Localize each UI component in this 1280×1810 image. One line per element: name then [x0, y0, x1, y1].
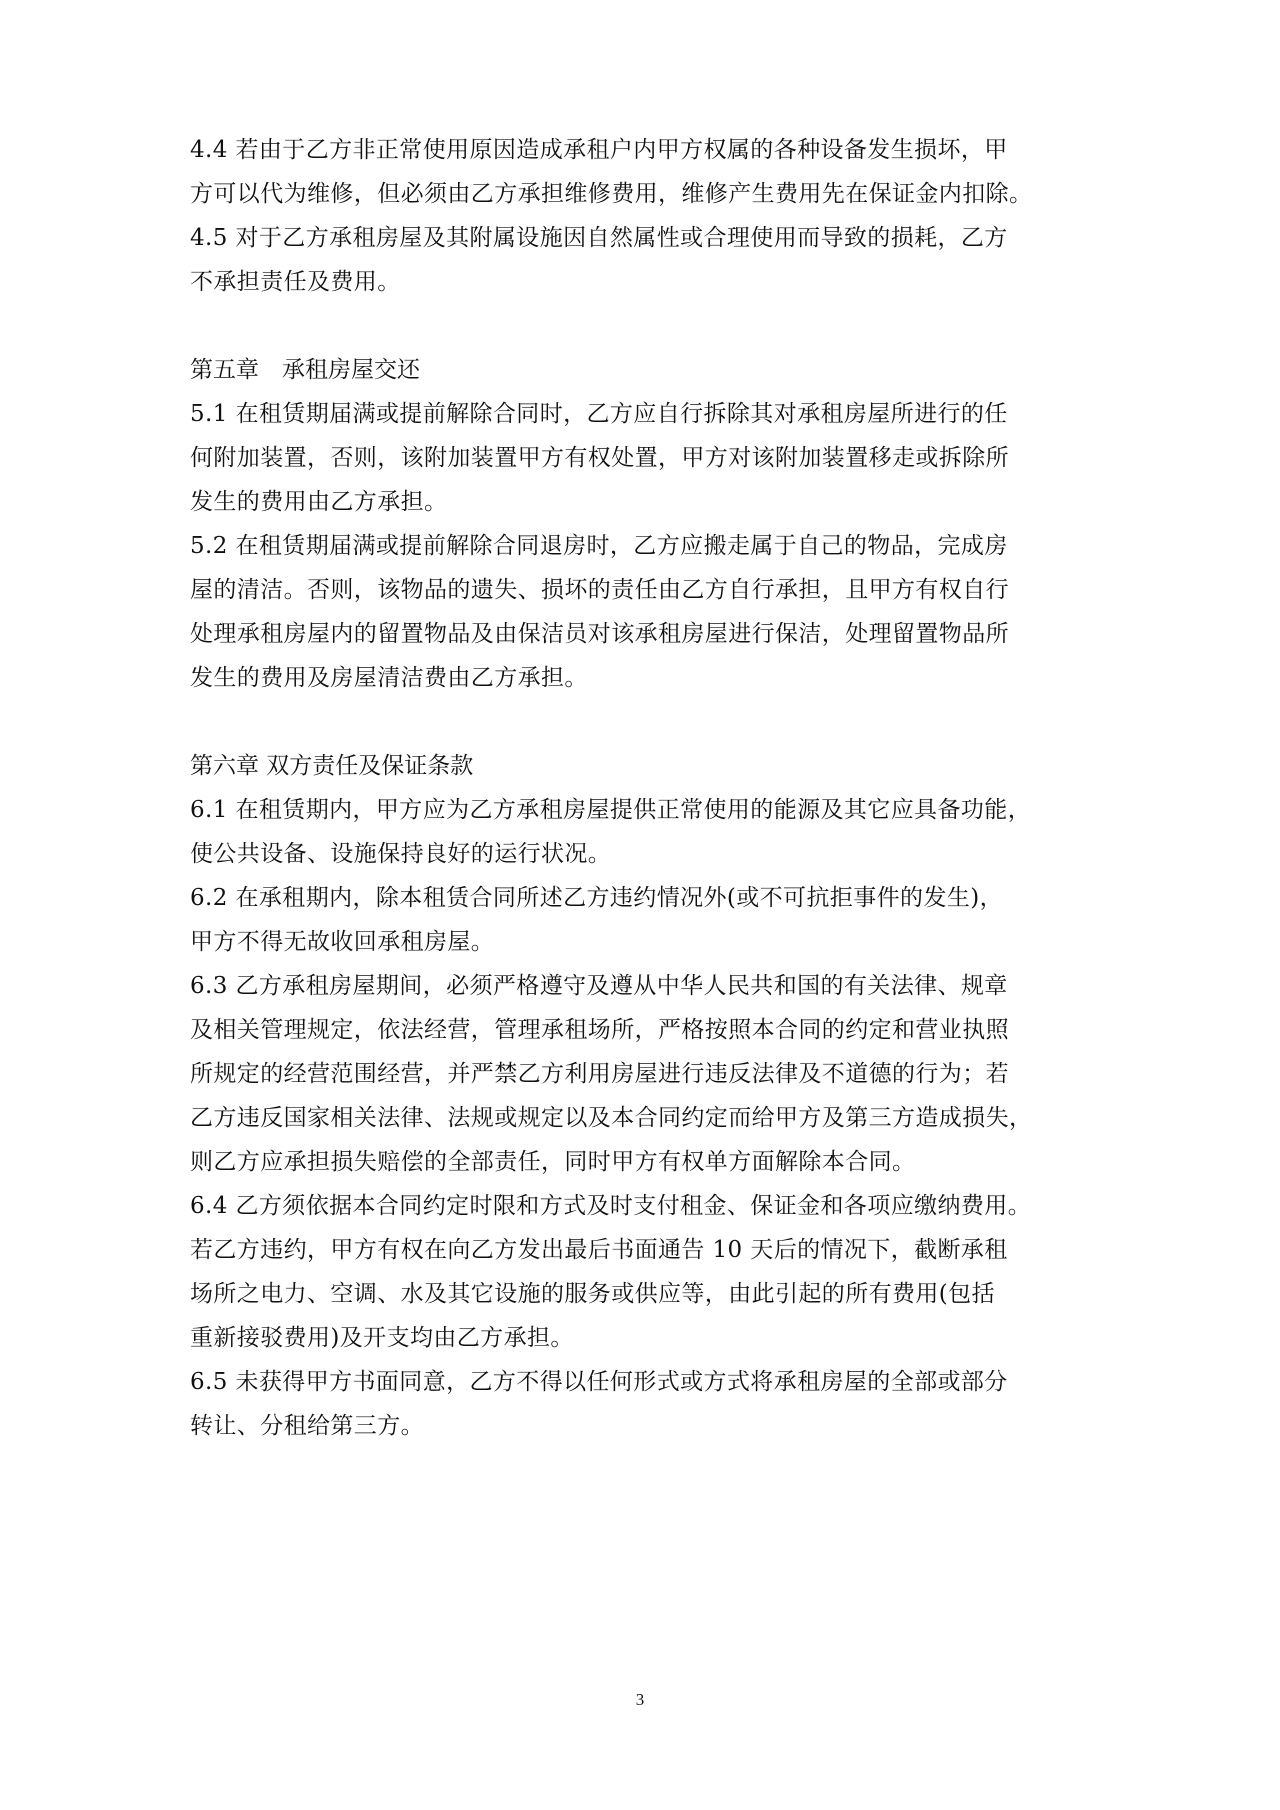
clause-line: 发生的费用由乙方承担。: [190, 480, 1092, 524]
clause-line: 乙方违反国家相关法律、法规或规定以及本合同约定而给甲方及第三方造成损失，: [190, 1096, 1092, 1140]
clause-6-1: 6.1 在租赁期内，甲方应为乙方承租房屋提供正常使用的能源及其它应具备功能， 使…: [190, 788, 1092, 876]
document-page: 4.4 若由于乙方非正常使用原因造成承租户内甲方权属的各种设备发生损坏，甲 方可…: [190, 128, 1092, 1448]
clause-line: 6.3 乙方承租房屋期间，必须严格遵守及遵从中华人民共和国的有关法律、规章: [190, 964, 1092, 1008]
clause-line: 方可以代为维修，但必须由乙方承担维修费用，维修产生费用先在保证金内扣除。: [190, 172, 1092, 216]
chapter-6-heading: 第六章 双方责任及保证条款: [190, 744, 1092, 788]
clause-line: 6.5 未获得甲方书面同意，乙方不得以任何形式或方式将承租房屋的全部或部分: [190, 1360, 1092, 1404]
clause-line: 使公共设备、设施保持良好的运行状况。: [190, 832, 1092, 876]
section-gap: [190, 304, 1092, 348]
clause-5-2: 5.2 在租赁期届满或提前解除合同退房时，乙方应搬走属于自己的物品，完成房 屋的…: [190, 524, 1092, 700]
clause-6-2: 6.2 在承租期内，除本租赁合同所述乙方违约情况外(或不可抗拒事件的发生)， 甲…: [190, 876, 1092, 964]
clause-line: 转让、分租给第三方。: [190, 1404, 1092, 1448]
clause-line: 处理承租房屋内的留置物品及由保洁员对该承租房屋进行保洁，处理留置物品所: [190, 612, 1092, 656]
section-gap: [190, 700, 1092, 744]
clause-line: 若乙方违约，甲方有权在向乙方发出最后书面通告 10 天后的情况下，截断承租: [190, 1228, 1092, 1272]
clause-line: 屋的清洁。否则，该物品的遗失、损坏的责任由乙方自行承担，且甲方有权自行: [190, 568, 1092, 612]
clause-4-4: 4.4 若由于乙方非正常使用原因造成承租户内甲方权属的各种设备发生损坏，甲 方可…: [190, 128, 1092, 216]
clause-line: 4.5 对于乙方承租房屋及其附属设施因自然属性或合理使用而导致的损耗，乙方: [190, 216, 1092, 260]
chapter-5-heading: 第五章 承租房屋交还: [190, 348, 1092, 392]
clause-line: 发生的费用及房屋清洁费由乙方承担。: [190, 656, 1092, 700]
clause-6-4: 6.4 乙方须依据本合同约定时限和方式及时支付租金、保证金和各项应缴纳费用。 若…: [190, 1184, 1092, 1360]
clause-line: 何附加装置，否则，该附加装置甲方有权处置，甲方对该附加装置移走或拆除所: [190, 436, 1092, 480]
clause-line: 6.2 在承租期内，除本租赁合同所述乙方违约情况外(或不可抗拒事件的发生)，: [190, 876, 1092, 920]
clause-6-5: 6.5 未获得甲方书面同意，乙方不得以任何形式或方式将承租房屋的全部或部分 转让…: [190, 1360, 1092, 1448]
clause-line: 甲方不得无故收回承租房屋。: [190, 920, 1092, 964]
clause-5-1: 5.1 在租赁期届满或提前解除合同时，乙方应自行拆除其对承租房屋所进行的任 何附…: [190, 392, 1092, 524]
page-number: 3: [0, 1690, 1280, 1710]
clause-line: 场所之电力、空调、水及其它设施的服务或供应等，由此引起的所有费用(包括: [190, 1272, 1092, 1316]
clause-line: 重新接驳费用)及开支均由乙方承担。: [190, 1316, 1092, 1360]
clause-line: 及相关管理规定，依法经营，管理承租场所，严格按照本合同的约定和营业执照: [190, 1008, 1092, 1052]
clause-line: 4.4 若由于乙方非正常使用原因造成承租户内甲方权属的各种设备发生损坏，甲: [190, 128, 1092, 172]
clause-line: 不承担责任及费用。: [190, 260, 1092, 304]
clause-line: 6.4 乙方须依据本合同约定时限和方式及时支付租金、保证金和各项应缴纳费用。: [190, 1184, 1092, 1228]
clause-4-5: 4.5 对于乙方承租房屋及其附属设施因自然属性或合理使用而导致的损耗，乙方 不承…: [190, 216, 1092, 304]
clause-line: 5.1 在租赁期届满或提前解除合同时，乙方应自行拆除其对承租房屋所进行的任: [190, 392, 1092, 436]
clause-line: 6.1 在租赁期内，甲方应为乙方承租房屋提供正常使用的能源及其它应具备功能，: [190, 788, 1092, 832]
clause-6-3: 6.3 乙方承租房屋期间，必须严格遵守及遵从中华人民共和国的有关法律、规章 及相…: [190, 964, 1092, 1184]
clause-line: 5.2 在租赁期届满或提前解除合同退房时，乙方应搬走属于自己的物品，完成房: [190, 524, 1092, 568]
clause-line: 所规定的经营范围经营，并严禁乙方利用房屋进行违反法律及不道德的行为；若: [190, 1052, 1092, 1096]
clause-line: 则乙方应承担损失赔偿的全部责任，同时甲方有权单方面解除本合同。: [190, 1140, 1092, 1184]
